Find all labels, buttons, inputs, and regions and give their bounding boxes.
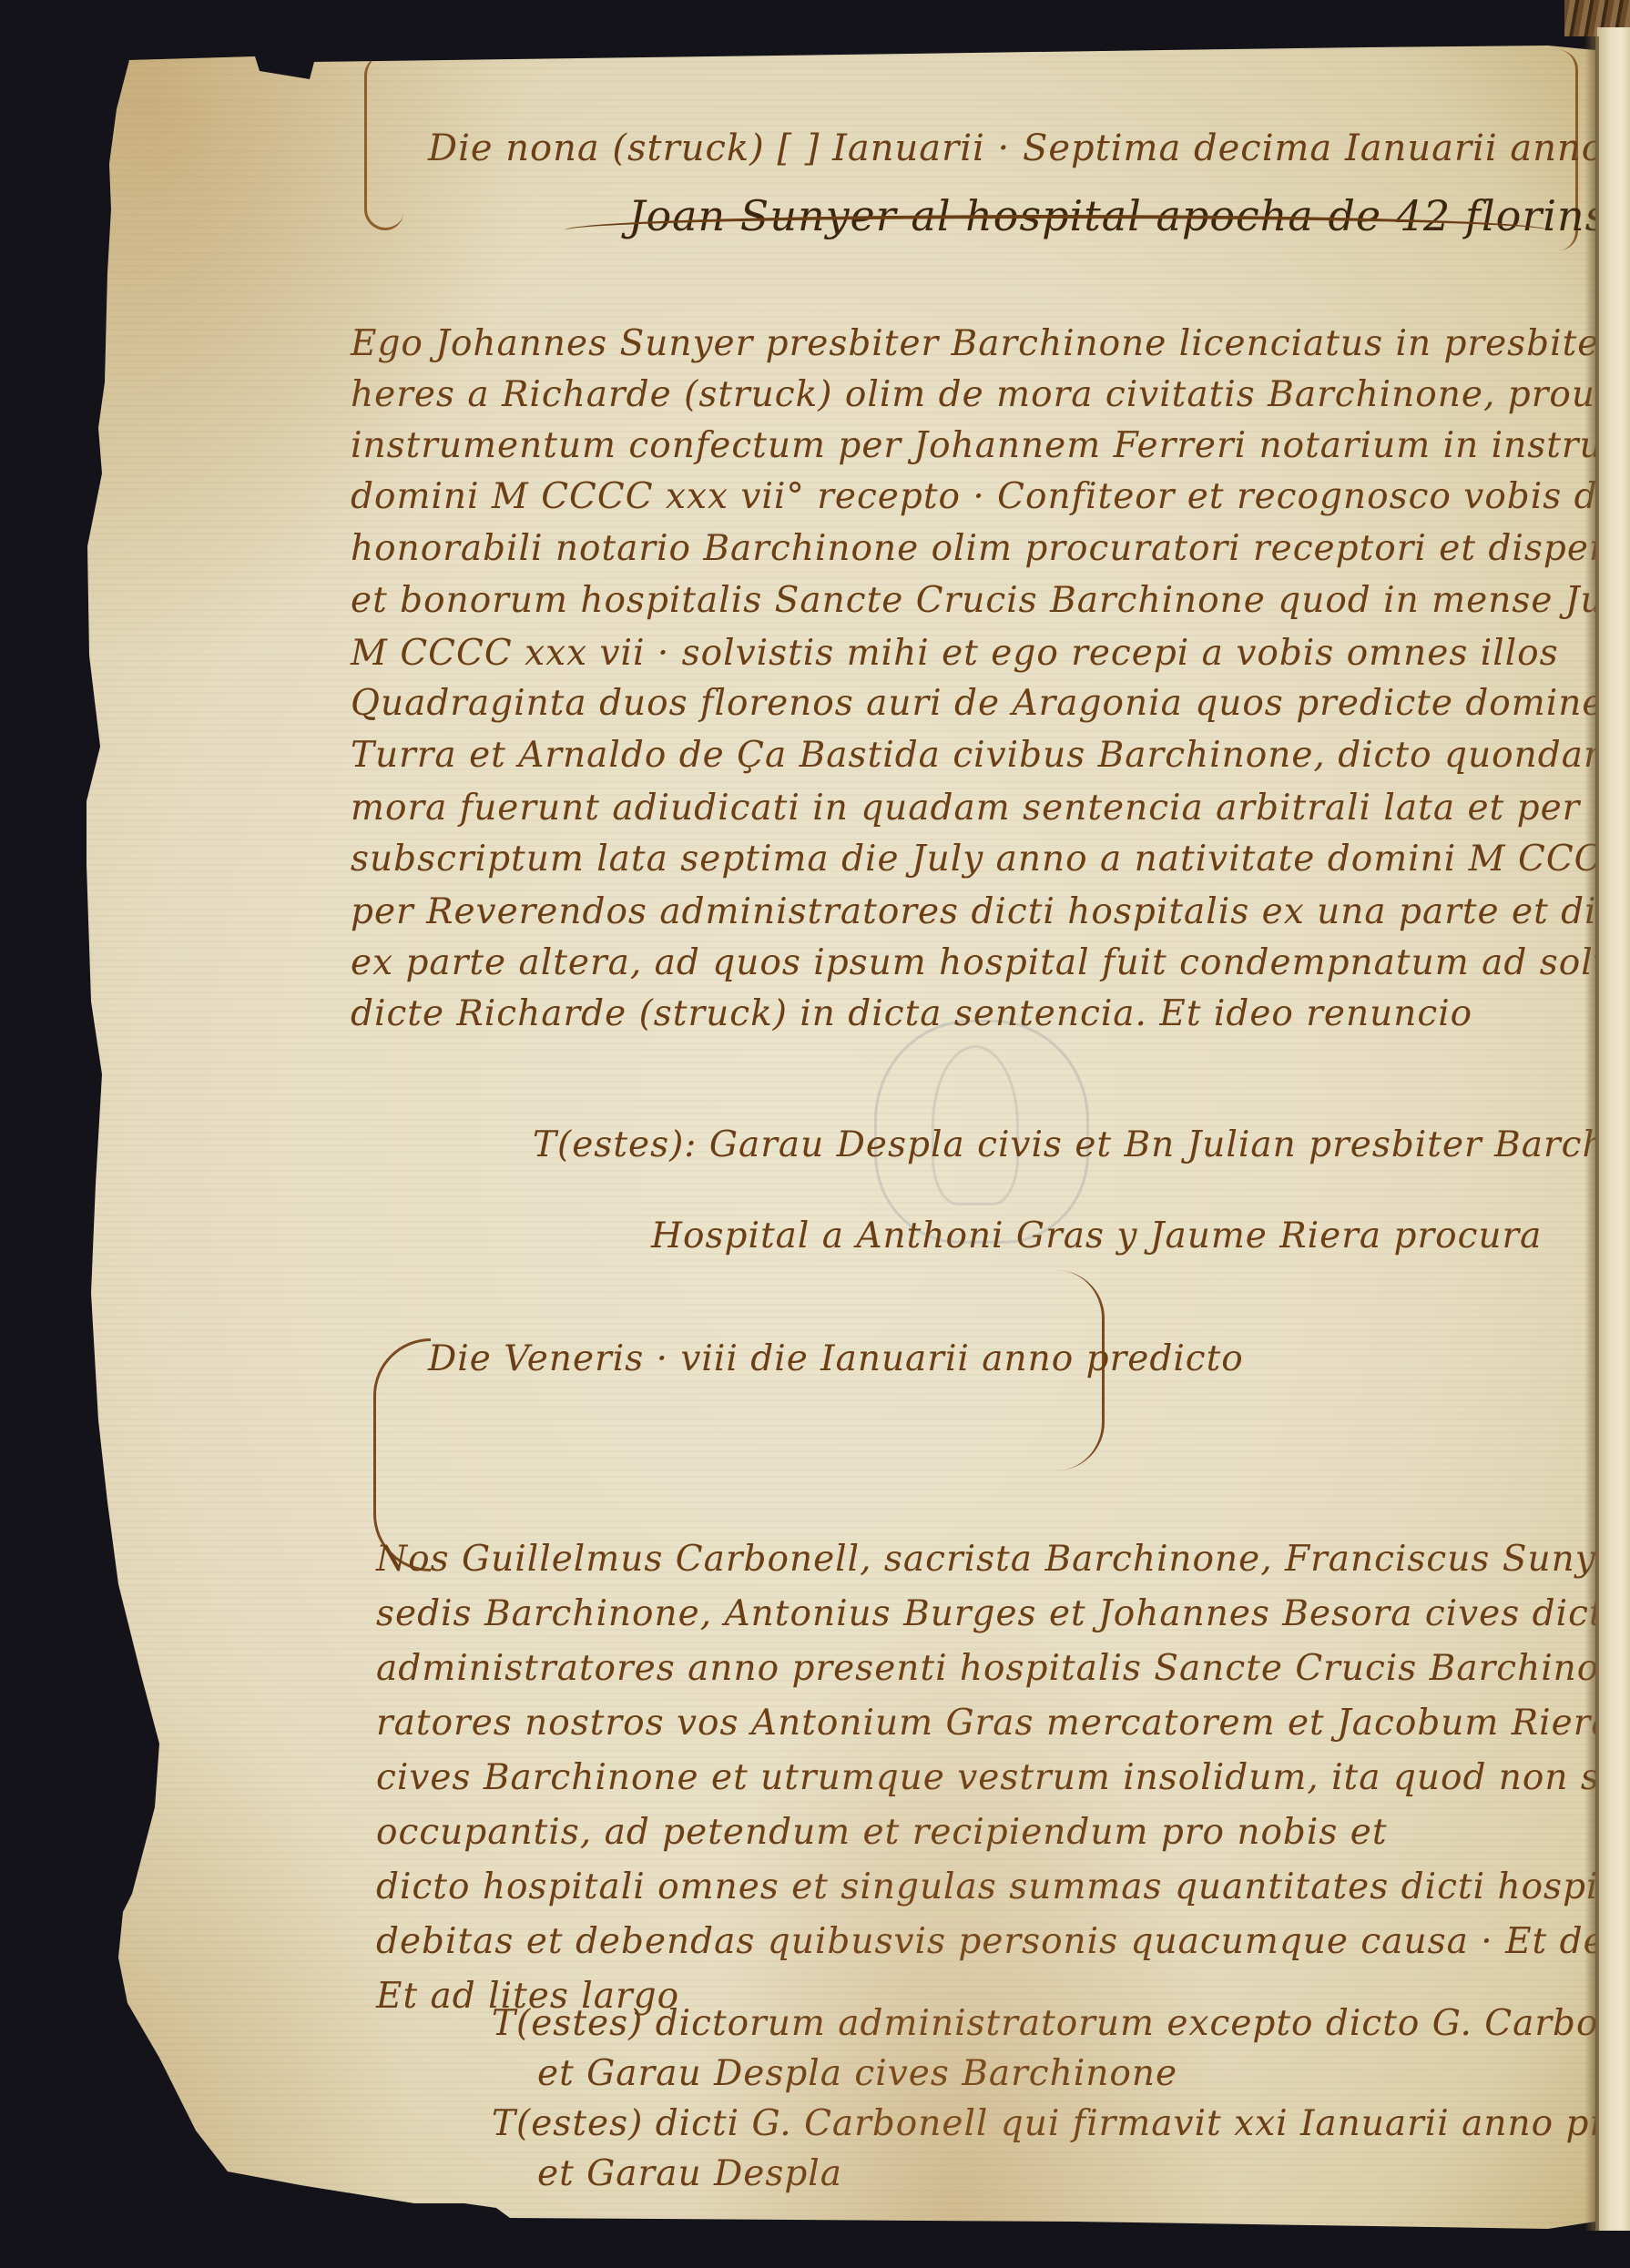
text-line: T(estes) dictorum administratorum except… [492,2003,1630,2044]
text-line: sedis Barchinone, Antonius Burges et Joh… [376,1593,1630,1634]
text-line: ex parte altera, ad quos ipsum hospital … [351,942,1630,983]
text-line: cives Barchinone et utrumque vestrum ins… [376,1757,1630,1798]
text-line: debitas et debendas quibusvis personis q… [376,1921,1630,1962]
scan-stage: Die nona (struck) [ ] Ianuarii · Septima… [0,0,1630,2268]
text-line: dicto hospitali omnes et singulas summas… [376,1866,1630,1907]
manuscript-leaf: Die nona (struck) [ ] Ianuarii · Septima… [0,0,1595,2268]
text-line: mora fuerunt adiudicati in quadam senten… [351,788,1630,829]
header-flourish [565,215,1548,246]
text-line: subscriptum lata septima die July anno a… [351,839,1630,880]
text-line: T(estes) dicti G. Carbonell qui firmavit… [492,2103,1630,2144]
text-line: honorabili notario Barchinone olim procu… [351,528,1630,569]
text-line: ratores nostros vos Antonium Gras mercat… [376,1703,1630,1744]
text-line: T(estes): Garau Despla civis et Bn Julia… [533,1124,1630,1165]
text-line: domini M CCCC xxx vii° recepto · Confite… [351,476,1630,517]
gutter-shadow [1584,36,1599,2231]
header-bracket-left [364,55,403,230]
text-line: instrumentum confectum per Johannem Ferr… [351,425,1630,466]
text-line: administratores anno presenti hospitalis… [376,1648,1630,1689]
date-line-2: Die Veneris · viii die Ianuarii anno pre… [428,1338,1244,1379]
text-line: et bonorum hospitalis Sancte Crucis Barc… [351,580,1630,621]
text-line: M CCCC xxx vii · solvistis mihi et ego r… [351,633,1559,674]
text-line: Hospital a Anthoni Gras y Jaume Riera pr… [651,1215,1542,1256]
header-date-line: Die nona (struck) [ ] Ianuarii · Septima… [428,127,1630,169]
text-line: dicte Richarde (struck) in dicta sentenc… [351,993,1472,1034]
text-line: Quadraginta duos florenos auri de Aragon… [351,683,1630,724]
text-line: heres a Richarde (struck) olim de mora c… [351,374,1630,415]
date-bracket-left [373,1338,431,1571]
text-line: per Reverendos administratores dicti hos… [351,891,1630,932]
text-line: occupantis, ad petendum et recipiendum p… [376,1812,1388,1853]
text-line: Turra et Arnaldo de Ça Bastida civibus B… [351,735,1630,776]
text-line: Nos Guillelmus Carbonell, sacrista Barch… [376,1539,1630,1580]
text-line: Ego Johannes Sunyer presbiter Barchinone… [351,323,1630,364]
text-line: et Garau Despla [537,2153,842,2194]
text-line: et Garau Despla cives Barchinone [537,2053,1177,2094]
adjacent-leaf [1595,27,1630,2231]
